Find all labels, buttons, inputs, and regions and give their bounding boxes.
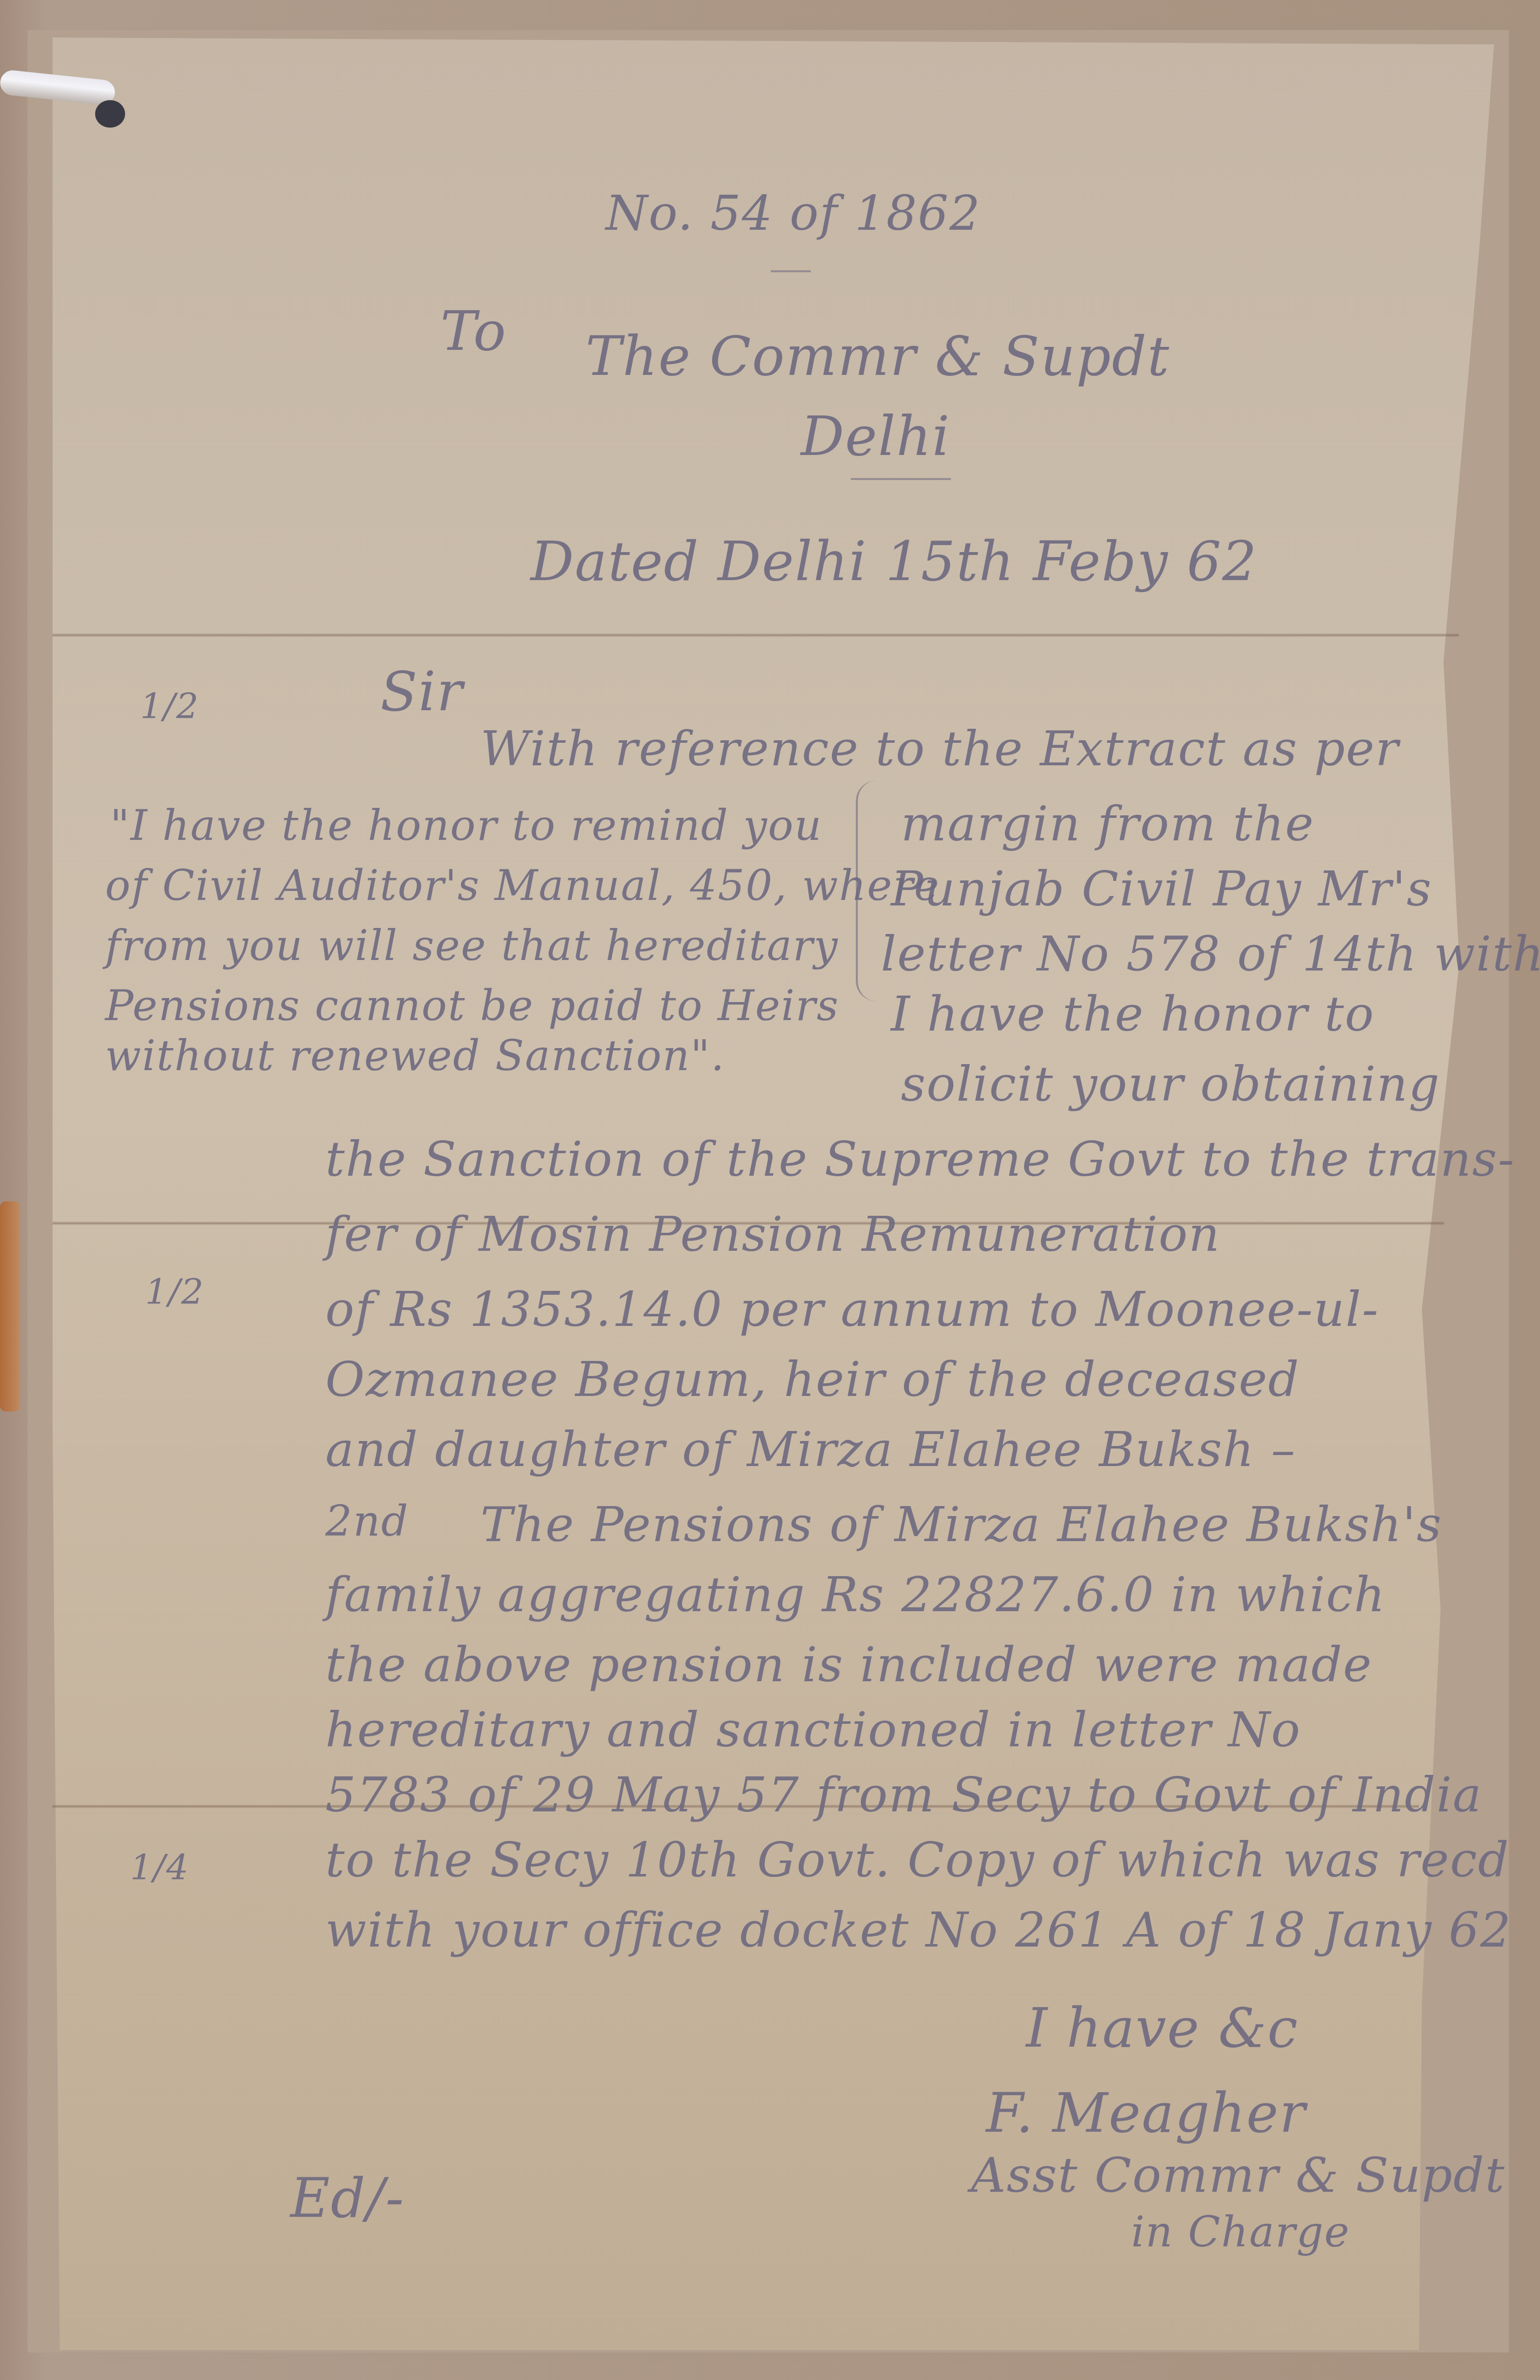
body-line: family aggregating Rs 22827.6.0 in which bbox=[325, 1567, 1386, 1623]
to-label: To bbox=[440, 300, 507, 363]
margin-bracket bbox=[856, 781, 878, 1001]
margin-note-line: "I have the honor to remind you bbox=[110, 801, 822, 850]
reference-number: No. 54 of 1862 bbox=[606, 185, 981, 241]
addressee-place: Delhi bbox=[801, 405, 950, 468]
body-line: The Pensions of Mirza Elahee Buksh's bbox=[480, 1497, 1442, 1553]
edge-stain bbox=[0, 1201, 20, 1411]
margin-note-line: without renewed Sanction". bbox=[105, 1031, 725, 1080]
body-line: the Sanction of the Supreme Govt to the … bbox=[325, 1131, 1515, 1187]
body-line: hereditary and sanctioned in letter No bbox=[325, 1702, 1301, 1758]
body-line: I have the honor to bbox=[891, 986, 1375, 1042]
margin-fraction: 1/2 bbox=[140, 686, 200, 727]
margin-note-line: of Civil Auditor's Manual, 450, where bbox=[105, 861, 940, 910]
complimentary-close: I have &c bbox=[1026, 1997, 1299, 2060]
addressee: The Commr & Supdt bbox=[586, 325, 1170, 388]
place-underline bbox=[851, 478, 951, 480]
punch-hole-icon bbox=[95, 100, 125, 128]
signatory-title: Asst Commr & Supdt bbox=[971, 2147, 1505, 2203]
dated-line: Dated Delhi 15th Feby 62 bbox=[531, 531, 1258, 593]
bottom-left-notation: Ed/- bbox=[290, 2167, 405, 2230]
paragraph-marker: 2nd bbox=[325, 1497, 409, 1546]
body-line: Punjab Civil Pay Mr's bbox=[891, 861, 1432, 917]
margin-fraction: 1/2 bbox=[145, 1271, 205, 1312]
salutation: Sir bbox=[380, 661, 463, 723]
body-line: the above pension is included were made bbox=[325, 1637, 1372, 1693]
signatory-title-line-2: in Charge bbox=[1131, 2207, 1350, 2256]
body-line: margin from the bbox=[901, 796, 1315, 852]
body-line: and daughter of Mirza Elahee Buksh – bbox=[325, 1421, 1296, 1478]
body-line: 5783 of 29 May 57 from Secy to Govt of I… bbox=[325, 1767, 1482, 1823]
body-line: With reference to the Extract as per bbox=[480, 721, 1399, 777]
body-line: Ozmanee Begum, heir of the deceased bbox=[325, 1351, 1300, 1407]
body-line: solicit your obtaining bbox=[901, 1056, 1440, 1112]
body-line: to the Secy 10th Govt. Copy of which was… bbox=[325, 1832, 1509, 1888]
margin-note-line: from you will see that hereditary bbox=[105, 921, 839, 970]
reference-underline bbox=[771, 270, 811, 272]
signature: F. Meagher bbox=[986, 2082, 1306, 2145]
body-line: letter No 578 of 14th with bbox=[881, 926, 1540, 982]
body-line: with your office docket No 261 A of 18 J… bbox=[325, 1902, 1512, 1958]
margin-note-line: Pensions cannot be paid to Heirs bbox=[105, 981, 839, 1030]
body-line: of Rs 1353.14.0 per annum to Moonee-ul- bbox=[325, 1281, 1379, 1337]
body-line: fer of Mosin Pension Remuneration bbox=[325, 1206, 1221, 1262]
paper-fold-line bbox=[53, 633, 1459, 637]
margin-fraction: 1/4 bbox=[130, 1847, 190, 1888]
